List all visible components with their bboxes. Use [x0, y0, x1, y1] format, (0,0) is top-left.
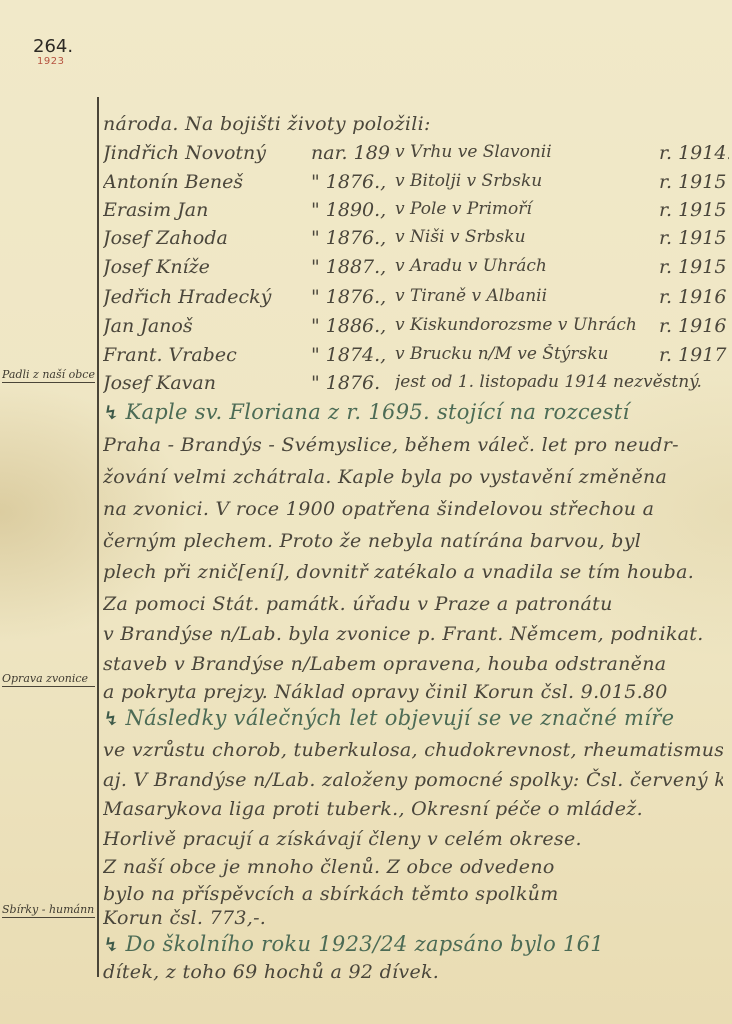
margin-note-fallen: Padli z naší obce: [2, 368, 95, 383]
paragraph-line: staveb v Brandýse n/Labem opravena, houb…: [103, 652, 723, 676]
fallen-year: r. 1915: [659, 199, 729, 221]
margin-rule: [97, 97, 99, 977]
paragraph-line: černým plechem. Proto že nebyla natírána…: [103, 529, 723, 553]
fallen-name: Josef Zahoda: [103, 227, 308, 249]
fallen-year: r. 1915: [659, 256, 729, 278]
paragraph-line: ↯Následky válečných let objevují se ve z…: [103, 706, 723, 731]
paragraph-line: ↯Do školního roku 1923/24 zapsáno bylo 1…: [103, 932, 723, 957]
fallen-row: Erasim Jan " 1890., v Pole v Primoří r. …: [103, 199, 723, 223]
paragraph-line: aj. V Brandýse n/Lab. založeny pomocné s…: [103, 768, 723, 792]
paragraph-line: plech při znič[ení], dovnitř zatékalo a …: [103, 560, 723, 584]
paragraph-line: žování velmi zchátrala. Kaple byla po vy…: [103, 465, 723, 489]
war-effects-heading-line: Následky válečných let objevují se ve zn…: [125, 706, 674, 730]
paragraph-line: Praha - Brandýs - Svémyslice, během válе…: [103, 433, 723, 457]
fallen-name: Jan Janoš: [103, 315, 308, 337]
fallen-row: Frant. Vrabec " 1874., v Brucku n/M ve Š…: [103, 344, 723, 368]
fallen-year: r. 1915: [659, 171, 729, 193]
fallen-year: r. 1914.: [659, 142, 729, 164]
fallen-row: Josef Kavan " 1876. jest od 1. listopadu…: [103, 372, 723, 396]
paragraph-line: v Brandýse n/Lab. byla zvonice p. Frant.…: [103, 622, 723, 646]
fallen-born: " 1886.,: [311, 315, 391, 337]
fallen-row: Josef Zahoda " 1876., v Niši v Srbsku r.…: [103, 227, 723, 251]
fallen-place: v Pole v Primoří: [395, 199, 655, 219]
paragraph-line: Masarykova liga proti tuberk., Okresní p…: [103, 797, 723, 821]
page-number: 264.: [33, 36, 73, 57]
fallen-year: r. 1915: [659, 227, 729, 249]
paragraph-line: bylo na příspěvcích a sbírkách těmto spo…: [103, 882, 723, 906]
paragraph-line: Za pomoci Stát. památk. úřadu v Praze a …: [103, 592, 723, 616]
fallen-name: Jindřich Novotný: [103, 142, 308, 164]
chapel-heading-line: Kaple sv. Floriana z r. 1695. stojící na…: [125, 400, 629, 424]
paragraph-line: na zvonici. V roce 1900 opatřena šindelo…: [103, 497, 723, 521]
fallen-name: Josef Kníže: [103, 256, 308, 278]
fallen-born: " 1876.,: [311, 171, 391, 193]
school-heading-line: Do školního roku 1923/24 zapsáno bylo 16…: [125, 932, 604, 956]
fallen-name: Antonín Beneš: [103, 171, 308, 193]
fallen-row: Antonín Beneš " 1876., v Bitolji v Srbsk…: [103, 171, 723, 195]
fallen-row: Jan Janoš " 1886., v Kiskundorozsme v Uh…: [103, 315, 723, 339]
fallen-name: Erasim Jan: [103, 199, 308, 221]
fallen-born: " 1890.,: [311, 199, 391, 221]
fallen-name: Frant. Vrabec: [103, 344, 308, 366]
fallen-row: Jedřich Hradecký " 1876., v Tiraně v Alb…: [103, 286, 723, 310]
section-mark-icon: ↯: [103, 934, 119, 956]
year-stamp: 1923: [37, 56, 64, 67]
margin-note-collections: Sbírky - humánní: [2, 903, 95, 918]
paragraph-line: Horlivě pracují a získávají členy v celé…: [103, 827, 723, 851]
fallen-place: v Vrhu ve Slavonii: [395, 142, 655, 162]
fallen-place: v Niši v Srbsku: [395, 227, 655, 247]
fallen-place: v Bitolji v Srbsku: [395, 171, 655, 191]
fallen-year: r. 1916: [659, 286, 729, 308]
fallen-born: nar. 1890.,: [311, 142, 391, 164]
fallen-born: " 1876.,: [311, 227, 391, 249]
fallen-place: v Kiskundorozsme v Uhrách: [395, 315, 655, 335]
fallen-born: " 1876.,: [311, 286, 391, 308]
fallen-place: v Tiraně v Albanii: [395, 286, 655, 306]
paragraph-line: ↯Kaple sv. Floriana z r. 1695. stojící n…: [103, 400, 723, 425]
intro-line: národa. Na bojišti životy položili:: [103, 112, 723, 136]
paragraph-line: Korun čsl. 773,-.: [103, 906, 723, 930]
paragraph-line: dítek, z toho 69 hochů a 92 dívek.: [103, 960, 723, 984]
fallen-year: r. 1917: [659, 344, 729, 366]
paragraph-line: Z naší obce je mnoho členů. Z obce odved…: [103, 855, 723, 879]
fallen-name: Josef Kavan: [103, 372, 308, 394]
paragraph-line: ve vzrůstu chorob, tuberkulosa, chudokre…: [103, 738, 723, 762]
section-mark-icon: ↯: [103, 708, 119, 730]
fallen-born: " 1874.,: [311, 344, 391, 366]
margin-note-belfry-repair: Oprava zvonice: [2, 672, 95, 687]
fallen-name: Jedřich Hradecký: [103, 286, 308, 308]
paragraph-line: a pokryta prejzy. Náklad opravy činil Ko…: [103, 680, 723, 704]
fallen-row: Josef Kníže " 1887., v Aradu v Uhrách r.…: [103, 256, 723, 280]
fallen-row: Jindřich Novotný nar. 1890., v Vrhu ve S…: [103, 142, 723, 166]
fallen-place: v Aradu v Uhrách: [395, 256, 655, 276]
fallen-place: v Brucku n/M ve Štýrsku: [395, 344, 655, 364]
section-mark-icon: ↯: [103, 402, 119, 424]
fallen-place: jest od 1. listopadu 1914 nezvěstný.: [395, 372, 725, 392]
fallen-born: " 1887.,: [311, 256, 391, 278]
fallen-born: " 1876.: [311, 372, 391, 394]
fallen-year: r. 1916: [659, 315, 729, 337]
